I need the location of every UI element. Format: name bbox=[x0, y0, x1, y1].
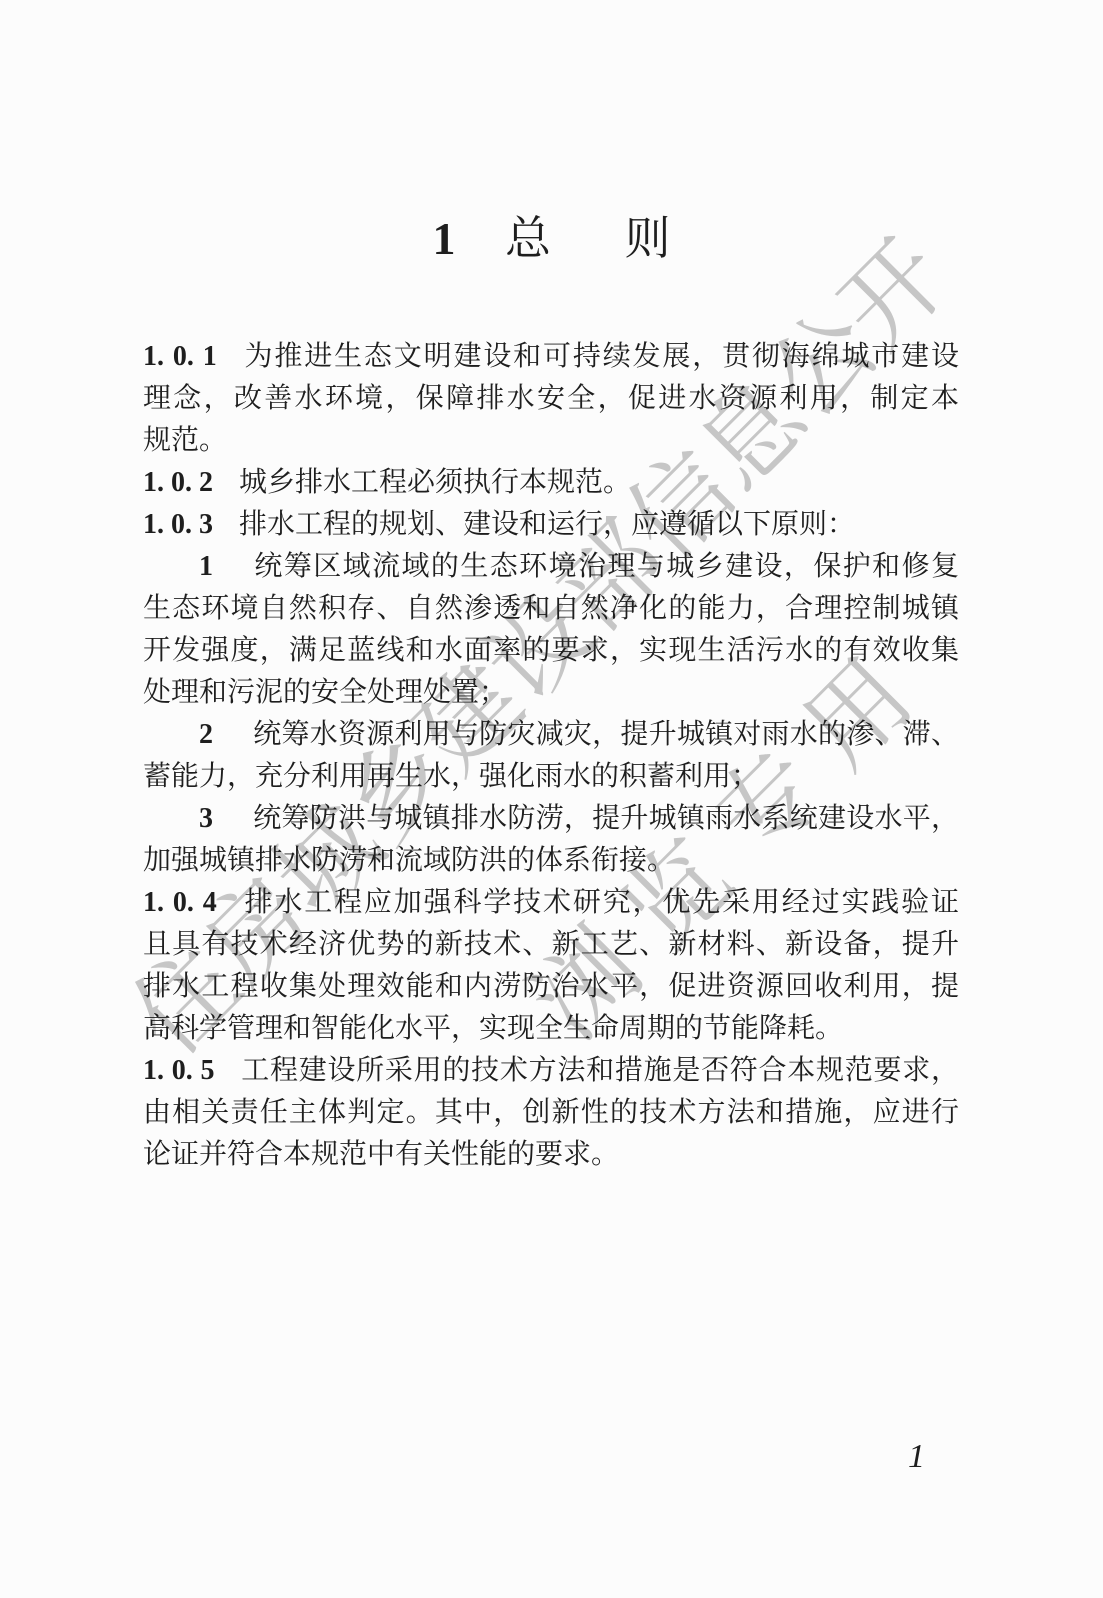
text-line: 处理和污泥的安全处理处置； bbox=[143, 672, 959, 714]
text-line: 论证并符合本规范中有关性能的要求。 bbox=[143, 1134, 959, 1176]
line-text: 统筹防洪与城镇排水防涝，提升城镇雨水系统建设水平， bbox=[253, 803, 959, 834]
item-number: 2 bbox=[199, 719, 213, 750]
line-text: 统筹水资源利用与防灾减灾，提升城镇对雨水的渗、滞、 bbox=[253, 719, 959, 750]
line-text: 排水工程应加强科学技术研究，优先采用经过实践验证 bbox=[243, 887, 959, 918]
line-text: 且具有技术经济优势的新技术、新工艺、新材料、新设备，提升 bbox=[143, 929, 959, 960]
text-line: 开发强度，满足蓝线和水面率的要求，实现生活污水的有效收集 bbox=[143, 630, 959, 672]
item-number: 1 bbox=[199, 551, 213, 582]
line-text: 开发强度，满足蓝线和水面率的要求，实现生活污水的有效收集 bbox=[143, 635, 959, 666]
line-text: 由相关责任主体判定。其中，创新性的技术方法和措施，应进行 bbox=[143, 1097, 959, 1128]
line-text: 排水工程的规划、建设和运行，应遵循以下原则： bbox=[239, 509, 855, 540]
text-line: 规范。 bbox=[143, 420, 959, 462]
item-line: 1统筹区域流域的生态环境治理与城乡建设，保护和修复 bbox=[143, 546, 959, 588]
clause-number: 1. 0. 2 bbox=[143, 467, 213, 498]
line-text: 处理和污泥的安全处理处置； bbox=[143, 677, 507, 708]
line-text: 加强城镇排水防涝和流域防洪的体系衔接。 bbox=[143, 845, 675, 876]
clause-line: 1. 0. 2城乡排水工程必须执行本规范。 bbox=[143, 462, 959, 504]
line-text: 统筹区域流域的生态环境治理与城乡建设，保护和修复 bbox=[253, 551, 959, 582]
clause-number: 1. 0. 1 bbox=[143, 341, 217, 372]
text-line: 排水工程收集处理效能和内涝防治水平，促进资源回收利用，提 bbox=[143, 966, 959, 1008]
chapter-title-char: 则 bbox=[625, 213, 671, 264]
chapter-title: 1 总 则 bbox=[0, 214, 1103, 264]
line-text: 论证并符合本规范中有关性能的要求。 bbox=[143, 1139, 619, 1170]
body-lines: 1. 0. 1为推进生态文明建设和可持续发展，贯彻海绵城市建设理念，改善水环境，… bbox=[143, 336, 959, 1176]
page-number: 1 bbox=[908, 1438, 925, 1476]
clause-number: 1. 0. 3 bbox=[143, 509, 213, 540]
text-line: 蓄能力，充分利用再生水，强化雨水的积蓄利用； bbox=[143, 756, 959, 798]
chapter-number: 1 bbox=[433, 213, 456, 264]
line-text: 理念，改善水环境，保障排水安全，促进水资源利用，制定本 bbox=[143, 383, 959, 414]
document-page: 住房城乡建设部信息公开 浏览专用 1 总 则 1. 0. 1为推进生态文明建设和… bbox=[0, 0, 1103, 1598]
line-text: 规范。 bbox=[143, 425, 227, 456]
clause-line: 1. 0. 4排水工程应加强科学技术研究，优先采用经过实践验证 bbox=[143, 882, 959, 924]
text-line: 加强城镇排水防涝和流域防洪的体系衔接。 bbox=[143, 840, 959, 882]
line-text: 城乡排水工程必须执行本规范。 bbox=[239, 467, 631, 498]
chapter-title-char: 总 bbox=[505, 213, 551, 264]
clause-line: 1. 0. 5工程建设所采用的技术方法和措施是否符合本规范要求， bbox=[143, 1050, 959, 1092]
item-number: 3 bbox=[199, 803, 213, 834]
text-line: 且具有技术经济优势的新技术、新工艺、新材料、新设备，提升 bbox=[143, 924, 959, 966]
clause-line: 1. 0. 3排水工程的规划、建设和运行，应遵循以下原则： bbox=[143, 504, 959, 546]
line-text: 工程建设所采用的技术方法和措施是否符合本规范要求， bbox=[240, 1055, 959, 1086]
line-text: 为推进生态文明建设和可持续发展，贯彻海绵城市建设 bbox=[243, 341, 959, 372]
text-line: 生态环境自然积存、自然渗透和自然净化的能力，合理控制城镇 bbox=[143, 588, 959, 630]
item-line: 2统筹水资源利用与防灾减灾，提升城镇对雨水的渗、滞、 bbox=[143, 714, 959, 756]
line-text: 生态环境自然积存、自然渗透和自然净化的能力，合理控制城镇 bbox=[143, 593, 959, 624]
line-text: 蓄能力，充分利用再生水，强化雨水的积蓄利用； bbox=[143, 761, 759, 792]
line-text: 高科学管理和智能化水平，实现全生命周期的节能降耗。 bbox=[143, 1013, 843, 1044]
text-line: 由相关责任主体判定。其中，创新性的技术方法和措施，应进行 bbox=[143, 1092, 959, 1134]
text-line: 理念，改善水环境，保障排水安全，促进水资源利用，制定本 bbox=[143, 378, 959, 420]
clause-number: 1. 0. 4 bbox=[143, 887, 217, 918]
line-text: 排水工程收集处理效能和内涝防治水平，促进资源回收利用，提 bbox=[143, 971, 959, 1002]
clause-number: 1. 0. 5 bbox=[143, 1055, 214, 1086]
clause-line: 1. 0. 1为推进生态文明建设和可持续发展，贯彻海绵城市建设 bbox=[143, 336, 959, 378]
item-line: 3统筹防洪与城镇排水防涝，提升城镇雨水系统建设水平， bbox=[143, 798, 959, 840]
text-line: 高科学管理和智能化水平，实现全生命周期的节能降耗。 bbox=[143, 1008, 959, 1050]
